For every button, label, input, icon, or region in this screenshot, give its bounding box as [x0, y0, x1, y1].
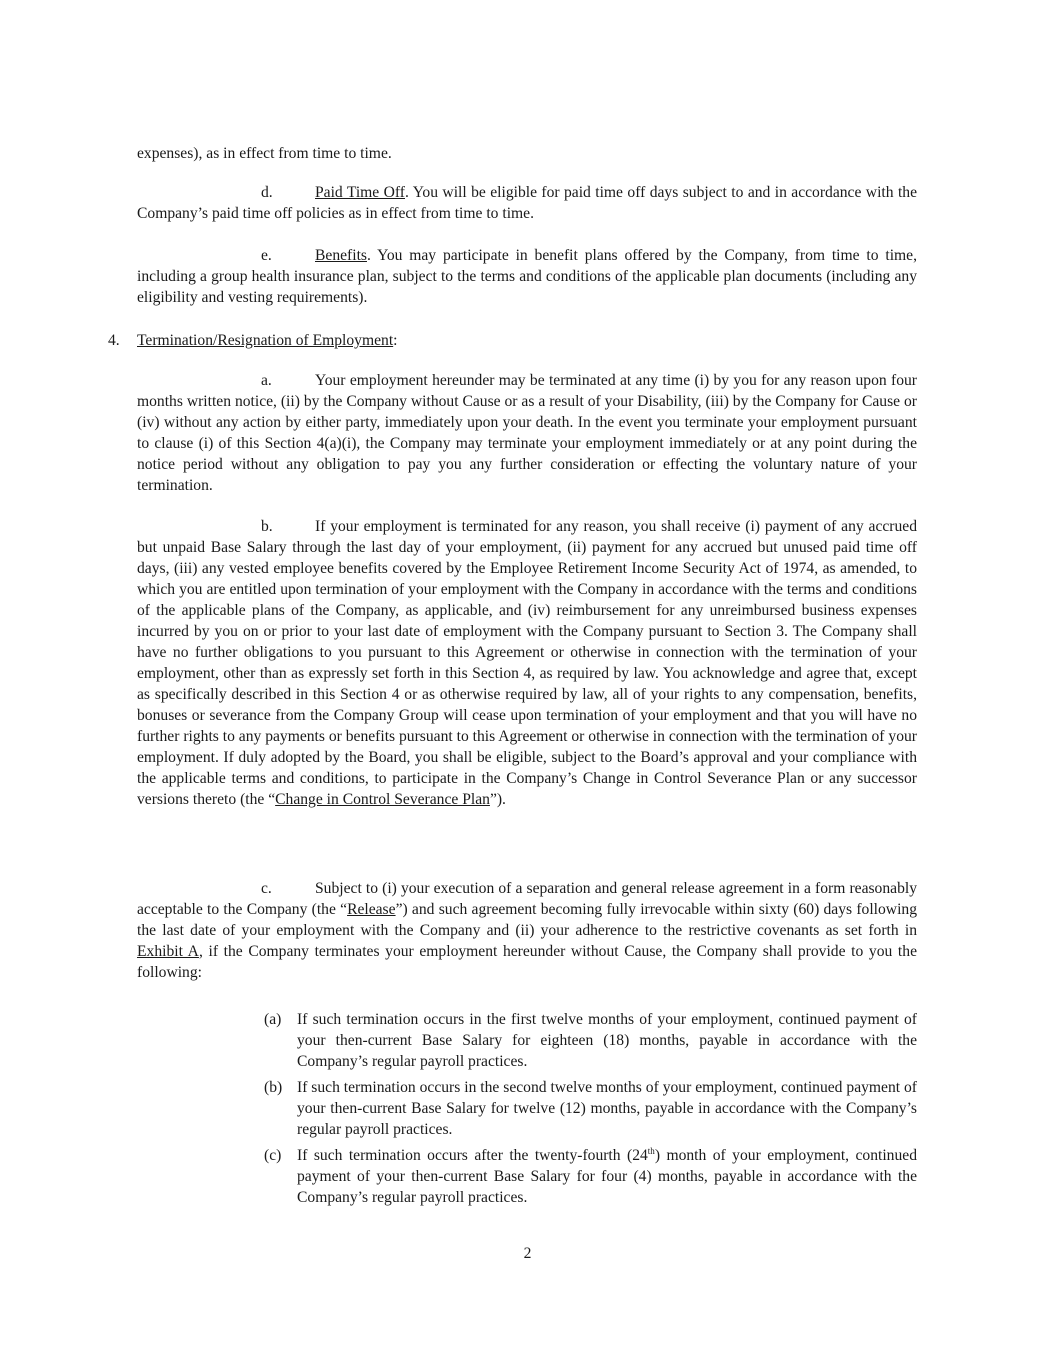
- defined-term-release: Release: [347, 901, 396, 918]
- opening-line-text: expenses), as in effect from time to tim…: [137, 145, 392, 162]
- section-number: 4.: [108, 330, 137, 351]
- paragraph-text: . You may participate in benefit plans o…: [137, 247, 917, 306]
- paragraph-label: b.: [261, 516, 315, 537]
- paragraph-3e-benefits: e.Benefits. You may participate in benef…: [137, 245, 917, 308]
- paragraph-tail: ”).: [490, 791, 506, 808]
- section-4-heading: 4.Termination/Resignation of Employment:: [108, 330, 398, 351]
- paragraph-title: Paid Time Off: [315, 184, 405, 201]
- section-title: Termination/Resignation of Employment: [137, 332, 393, 349]
- paragraph-4a: a.Your employment hereunder may be termi…: [137, 370, 917, 496]
- opening-line: expenses), as in effect from time to tim…: [137, 143, 917, 164]
- sub-item-marker: (a): [264, 1009, 281, 1030]
- document-page: expenses), as in effect from time to tim…: [0, 0, 1055, 1365]
- paragraph-label: d.: [261, 182, 315, 203]
- paragraph-label: a.: [261, 370, 315, 391]
- paragraph-text: If your employment is terminated for any…: [137, 518, 917, 808]
- sub-item-marker: (c): [264, 1145, 281, 1166]
- reference-exhibit-a: Exhibit A: [137, 943, 199, 960]
- paragraph-text: , if the Company terminates your employm…: [137, 943, 917, 981]
- paragraph-4c: c.Subject to (i) your execution of a sep…: [137, 878, 917, 983]
- paragraph-4b: b.If your employment is terminated for a…: [137, 516, 917, 810]
- paragraph-label: c.: [261, 878, 315, 899]
- page-number: 2: [0, 1245, 1055, 1263]
- sub-item-text: If such termination occurs in the second…: [297, 1077, 917, 1140]
- section-colon: :: [393, 332, 397, 349]
- paragraph-text: . You will be eligible for paid time off…: [137, 184, 917, 222]
- paragraph-text: Your employment hereunder may be termina…: [137, 372, 917, 494]
- sub-item-text: If such termination occurs in the first …: [297, 1009, 917, 1072]
- paragraph-3d-paid-time-off: d.Paid Time Off. You will be eligible fo…: [137, 182, 917, 224]
- defined-term-cic-plan: Change in Control Severance Plan: [275, 791, 490, 808]
- sub-item-b: (b) If such termination occurs in the se…: [264, 1077, 917, 1140]
- sub-item-c: (c) If such termination occurs after the…: [264, 1145, 917, 1208]
- sub-item-marker: (b): [264, 1077, 282, 1098]
- sub-item-text: If such termination occurs after the twe…: [297, 1145, 917, 1208]
- paragraph-label: e.: [261, 245, 315, 266]
- paragraph-title: Benefits: [315, 247, 367, 264]
- sub-item-a: (a) If such termination occurs in the fi…: [264, 1009, 917, 1072]
- ordinal-superscript: th: [648, 1146, 655, 1156]
